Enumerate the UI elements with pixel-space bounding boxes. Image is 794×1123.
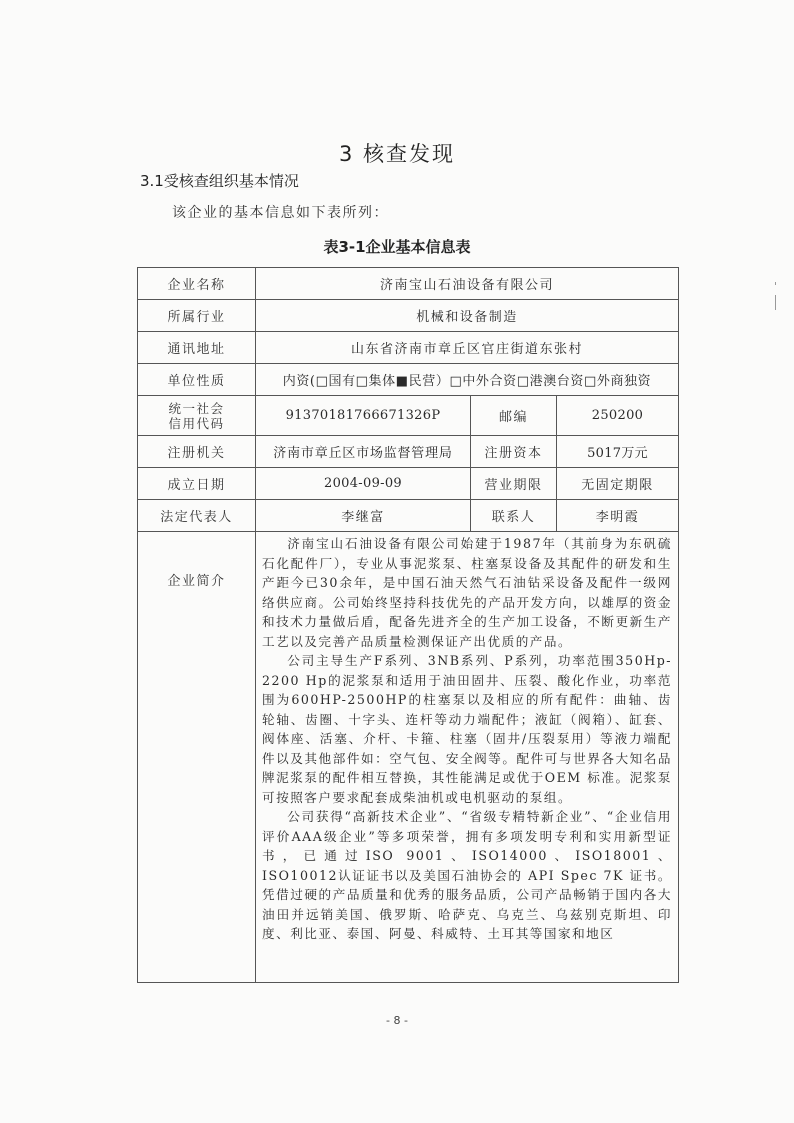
nature-label: 单位性质 [138, 364, 256, 396]
table-row-nature: 单位性质 内资(□国有□集体■民营）□中外合资□港澳台资□外商独资 [138, 364, 679, 396]
registration-authority-label: 注册机关 [138, 436, 256, 468]
business-term-label: 营业期限 [471, 468, 557, 500]
credit-code-label-line2: 信用代码 [142, 416, 251, 431]
postcode-label: 邮编 [471, 396, 557, 436]
business-term-value: 无固定期限 [557, 468, 679, 500]
contact-person-value: 李明霞 [557, 500, 679, 532]
legal-representative-label: 法定代表人 [138, 500, 256, 532]
table-row-registration: 注册机关 济南市章丘区市场监督管理局 注册资本 5017万元 [138, 436, 679, 468]
company-name-value: 济南宝山石油设备有限公司 [256, 268, 679, 300]
industry-label: 所属行业 [138, 300, 256, 332]
credit-code-value: 91370181766671326P [256, 396, 471, 436]
registered-capital-value: 5017万元 [557, 436, 679, 468]
company-name-label: 企业名称 [138, 268, 256, 300]
section-title: 3.1受核查组织基本情况 [140, 170, 299, 191]
address-value: 山东省济南市章丘区官庄街道东张村 [256, 332, 679, 364]
company-info-table: 企业名称 济南宝山石油设备有限公司 所属行业 机械和设备制造 通讯地址 山东省济… [137, 267, 679, 983]
scan-edge-mark [775, 295, 776, 310]
profile-text: 济南宝山石油设备有限公司始建于1987年（其前身为东矾硫石化配件厂），专业从事泥… [256, 532, 679, 983]
established-date-value: 2004-09-09 [256, 468, 471, 500]
table-caption: 表3-1企业基本信息表 [0, 236, 794, 257]
profile-label: 企业简介 [138, 532, 256, 983]
page-number: - 8 - [0, 1014, 794, 1027]
credit-code-label: 统一社会 信用代码 [138, 396, 256, 436]
postcode-value: 250200 [557, 396, 679, 436]
table-row-industry: 所属行业 机械和设备制造 [138, 300, 679, 332]
established-date-label: 成立日期 [138, 468, 256, 500]
intro-text: 该企业的基本信息如下表所列： [172, 202, 389, 222]
contact-person-label: 联系人 [471, 500, 557, 532]
chapter-title: 3 核查发现 [0, 138, 794, 168]
table-row-established: 成立日期 2004-09-09 营业期限 无固定期限 [138, 468, 679, 500]
legal-representative-value: 李继富 [256, 500, 471, 532]
table-row-address: 通讯地址 山东省济南市章丘区官庄街道东张村 [138, 332, 679, 364]
profile-paragraph: 公司主导生产F系列、3NB系列、P系列，功率范围350Hp-2200 Hp的泥浆… [262, 651, 672, 807]
table-row-company-name: 企业名称 济南宝山石油设备有限公司 [138, 268, 679, 300]
address-label: 通讯地址 [138, 332, 256, 364]
registered-capital-label: 注册资本 [471, 436, 557, 468]
table-row-credit-code: 统一社会 信用代码 91370181766671326P 邮编 250200 [138, 396, 679, 436]
profile-paragraph: 济南宝山石油设备有限公司始建于1987年（其前身为东矾硫石化配件厂），专业从事泥… [262, 534, 672, 651]
nature-value: 内资(□国有□集体■民营）□中外合资□港澳台资□外商独资 [256, 364, 679, 396]
profile-paragraph: 公司获得“高新技术企业”、“省级专精特新企业”、“企业信用评价AAA级企业”等多… [262, 807, 672, 944]
scan-edge-mark [775, 282, 776, 285]
credit-code-label-line1: 统一社会 [142, 401, 251, 416]
industry-value: 机械和设备制造 [256, 300, 679, 332]
table-row-representative: 法定代表人 李继富 联系人 李明霞 [138, 500, 679, 532]
registration-authority-value: 济南市章丘区市场监督管理局 [256, 436, 471, 468]
table-row-profile: 企业简介 济南宝山石油设备有限公司始建于1987年（其前身为东矾硫石化配件厂），… [138, 532, 679, 983]
